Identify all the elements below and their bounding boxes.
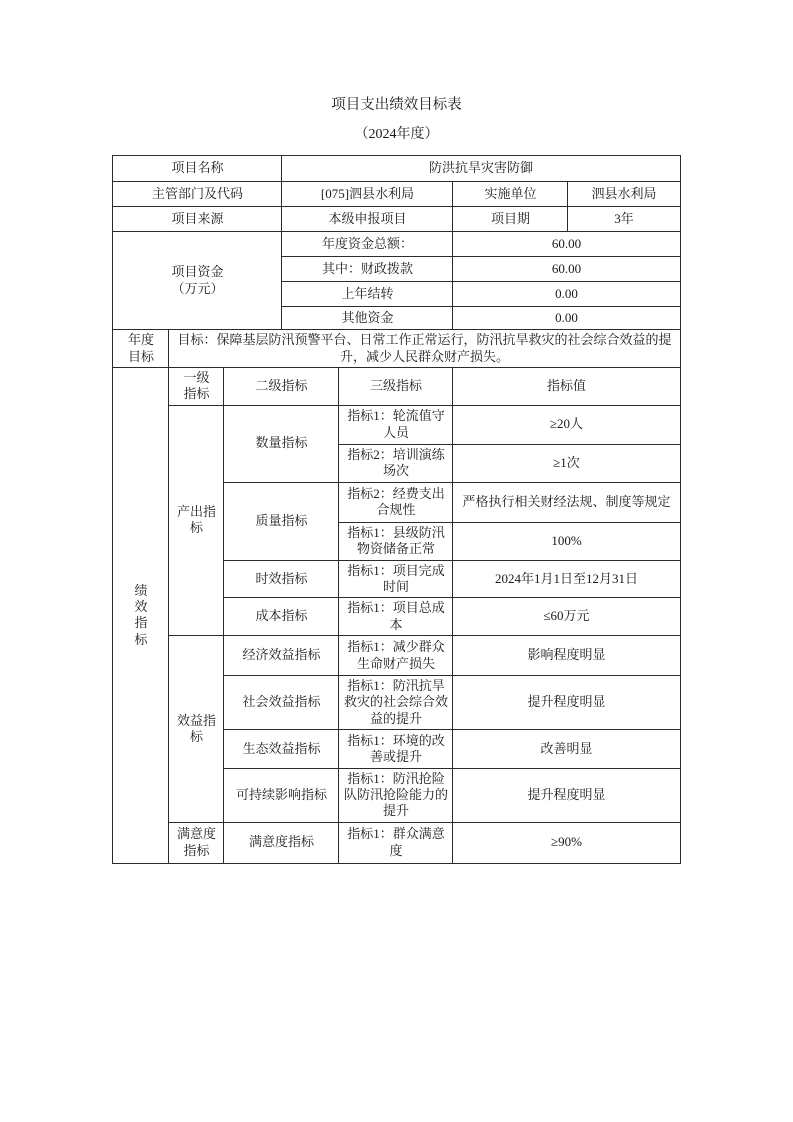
- period-value: 3年: [568, 207, 680, 232]
- impl-unit-value: 泗县水利局: [568, 182, 680, 207]
- funding-total-value: 60.00: [453, 232, 680, 257]
- page-title: 项目支出绩效目标表: [0, 97, 793, 113]
- indicator-value: ≤60万元: [453, 598, 680, 636]
- group-benefit-label: 效益指 标: [169, 636, 224, 823]
- indicator-value: 2024年1月1日至12月31日: [453, 560, 680, 598]
- group-satisfaction-label: 满意度 指标: [169, 822, 224, 863]
- funding-fiscal-label: 其中：财政拨款: [282, 257, 453, 282]
- level3-indicator: 指标1：防汛抢险队防汛抢险能力的提升: [339, 768, 453, 822]
- source-value: 本级申报项目: [282, 207, 453, 232]
- level3-indicator: 指标1：项目总成本: [339, 598, 453, 636]
- funding-carryover-label: 上年结转: [282, 282, 453, 307]
- performance-target-table: 项目名称 防洪抗旱灾害防御 主管部门及代码 [075]泗县水利局 实施单位 泗县…: [112, 155, 680, 864]
- level3-indicator: 指标1：减少群众生命财产损失: [339, 636, 453, 676]
- indicator-value: 提升程度明显: [453, 676, 680, 730]
- page-subtitle: （2024年度）: [0, 127, 793, 143]
- level2-cost: 成本指标: [224, 598, 339, 636]
- funding-other-value: 0.00: [453, 307, 680, 330]
- dept-label: 主管部门及代码: [113, 182, 282, 207]
- level3-indicator: 指标1：县级防汛物资储备正常: [339, 522, 453, 560]
- funding-total-label: 年度资金总额：: [282, 232, 453, 257]
- indicator-value: 改善明显: [453, 729, 680, 768]
- level2-sustainability: 可持续影响指标: [224, 768, 339, 822]
- table-row: 主管部门及代码 [075]泗县水利局 实施单位 泗县水利局: [113, 182, 680, 207]
- table-row: 年度 目标 目标：保障基层防汛预警平台、日常工作正常运行，防汛抗旱救灾的社会综合…: [113, 330, 680, 368]
- indicator-value: ≥90%: [453, 822, 680, 863]
- header-level2: 二级指标: [224, 368, 339, 406]
- header-level1: 一级 指标: [169, 368, 224, 406]
- indicator-value: ≥20人: [453, 405, 680, 444]
- funding-other-label: 其他资金: [282, 307, 453, 330]
- source-label: 项目来源: [113, 207, 282, 232]
- funding-carryover-value: 0.00: [453, 282, 680, 307]
- performance-section-label: 绩 效 指 标: [113, 368, 169, 864]
- header-value: 指标值: [453, 368, 680, 406]
- document-page: 项目支出绩效目标表 （2024年度） 项目名称 防洪抗旱灾害防御 主管部门及代码…: [0, 0, 793, 864]
- level3-indicator: 指标1：群众满意度: [339, 822, 453, 863]
- indicator-value: ≥1次: [453, 444, 680, 482]
- table-row: 项目资金 （万元） 年度资金总额： 60.00: [113, 232, 680, 257]
- level2-quantity: 数量指标: [224, 405, 339, 482]
- level3-indicator: 指标1：环境的改善或提升: [339, 729, 453, 768]
- level3-indicator: 指标1：防汛抗旱救灾的社会综合效益的提升: [339, 676, 453, 730]
- table-row: 项目来源 本级申报项目 项目期 3年: [113, 207, 680, 232]
- group-output-label: 产出指 标: [169, 405, 224, 636]
- annual-goal-text: 目标：保障基层防汛预警平台、日常工作正常运行，防汛抗旱救灾的社会综合效益的提升，…: [169, 330, 680, 368]
- table-row: 满意度 指标 满意度指标 指标1：群众满意度 ≥90%: [113, 822, 680, 863]
- impl-unit-label: 实施单位: [453, 182, 568, 207]
- funding-label: 项目资金 （万元）: [113, 232, 282, 330]
- level2-ecological: 生态效益指标: [224, 729, 339, 768]
- dept-value: [075]泗县水利局: [282, 182, 453, 207]
- indicator-value: 影响程度明显: [453, 636, 680, 676]
- level3-indicator: 指标1：轮流值守人员: [339, 405, 453, 444]
- level2-quality: 质量指标: [224, 482, 339, 560]
- funding-fiscal-value: 60.00: [453, 257, 680, 282]
- header-level3: 三级指标: [339, 368, 453, 406]
- level3-indicator: 指标2：培训演练场次: [339, 444, 453, 482]
- level3-indicator: 指标2：经费支出合规性: [339, 482, 453, 522]
- level2-timeliness: 时效指标: [224, 560, 339, 598]
- indicator-value: 提升程度明显: [453, 768, 680, 822]
- table-row: 产出指 标 数量指标 指标1：轮流值守人员 ≥20人: [113, 405, 680, 444]
- table-header-row: 绩 效 指 标 一级 指标 二级指标 三级指标 指标值: [113, 368, 680, 406]
- project-name-label: 项目名称: [113, 156, 282, 182]
- level2-social: 社会效益指标: [224, 676, 339, 730]
- table-row: 项目名称 防洪抗旱灾害防御: [113, 156, 680, 182]
- period-label: 项目期: [453, 207, 568, 232]
- indicator-value: 严格执行相关财经法规、制度等规定: [453, 482, 680, 522]
- project-name-value: 防洪抗旱灾害防御: [282, 156, 680, 182]
- level2-satisfaction: 满意度指标: [224, 822, 339, 863]
- indicator-value: 100%: [453, 522, 680, 560]
- table-row: 效益指 标 经济效益指标 指标1：减少群众生命财产损失 影响程度明显: [113, 636, 680, 676]
- annual-goal-label: 年度 目标: [113, 330, 169, 368]
- level2-economic: 经济效益指标: [224, 636, 339, 676]
- level3-indicator: 指标1：项目完成时间: [339, 560, 453, 598]
